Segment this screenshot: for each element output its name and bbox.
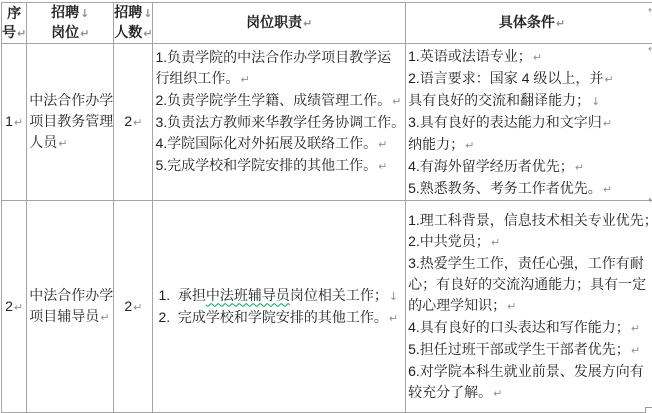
paragraph-return-mark-icon: ↵ — [575, 161, 584, 174]
header-conditions[interactable]: 具体条件↵ — [406, 3, 652, 44]
text-line: 岗位↵ — [27, 23, 113, 43]
text-line: 岗位职责↵ — [153, 13, 405, 33]
text-line: 的心理学知识；↵ — [408, 295, 652, 317]
text-line: 2.语言要求：国家 4 级以上，并↵ — [408, 68, 652, 90]
cell-row1-seq[interactable]: 1↵ — [2, 44, 27, 201]
text-segment: 4.有海外留学经历者优先； — [408, 158, 574, 174]
cell-row1-position[interactable]: 中法合作办学项目教务管理人员↵ — [27, 44, 114, 201]
end-of-row-mark-icon: ↵ — [648, 45, 652, 55]
text-segment: 1.理工科背景，信息技术相关专业优先； — [408, 212, 652, 228]
text-segment: 6.对学院本科生就业前景、发展方向有 — [408, 363, 644, 379]
paragraph-return-mark-icon: ↵ — [631, 322, 640, 335]
cell-row2-seq[interactable]: 2↵ — [2, 201, 27, 413]
paragraph-return-mark-icon: ↵ — [80, 27, 89, 40]
text-line: 1.负责学院的中法合作办学项目教学运 — [155, 47, 405, 68]
text-line: 中法合作办学 — [29, 285, 113, 306]
text-line: 号↵ — [2, 23, 26, 43]
header-position[interactable]: 招聘↓岗位↵ — [27, 3, 114, 44]
text-segment: 2. 完成学校和学院安排的其他工作。 — [158, 309, 387, 325]
text-line: 2.中共党员；↵ — [408, 231, 652, 253]
table-header-row: 序号↵ 招聘↓岗位↵ 招聘↓人数↵ 岗位职责↵ 具体条件↵ — [2, 3, 652, 44]
text-segment: 项目辅导员 — [29, 308, 99, 324]
paragraph-return-mark-icon: ↵ — [14, 116, 23, 129]
text-segment: 5.担任过班干部或学生干部者优先； — [408, 341, 630, 357]
text-line: 5.完成学校和学院安排的其他工作。↵ — [155, 155, 405, 177]
text-line: 较充分了解。↵ — [408, 382, 652, 404]
cell-row1-headcount[interactable]: 2↵ — [114, 44, 153, 201]
text-segment: 1. 承担 — [158, 287, 205, 303]
text-line: 具有良好的交流和翻译能力；↓ — [408, 90, 652, 112]
paragraph-return-mark-icon: ↵ — [491, 236, 500, 249]
paragraph-return-mark-icon: ↵ — [58, 137, 67, 150]
text-segment: 项目教务管理 — [29, 113, 113, 129]
text-segment: 2.语言要求：国家 4 级以上，并 — [408, 70, 603, 86]
paragraph-return-mark-icon: ↵ — [240, 73, 249, 86]
text-segment: 序 — [7, 5, 21, 21]
text-segment: 3.热爱学生工作，责任心强，工作有耐 — [408, 255, 644, 271]
text-segment: 1.英语或法语专业； — [408, 48, 532, 64]
text-segment: 5.熟悉教务、考务工作者优先。 — [408, 180, 602, 196]
table-row: 2↵ 中法合作办学项目辅导员↵ 2↵ 1. 承担中法班辅导员岗位相关工作；↓2.… — [2, 201, 652, 413]
text-segment: 行组织工作。 — [155, 70, 239, 86]
text-line: 行组织工作。↵ — [155, 68, 405, 90]
text-segment: 具体条件 — [499, 14, 555, 30]
text-segment: 岗位 — [51, 24, 79, 40]
paragraph-return-mark-icon: ↵ — [378, 160, 387, 173]
text-segment: 人数 — [114, 24, 142, 40]
text-line: 4.学院国际化对外拓展及联络工作。↵ — [155, 133, 405, 155]
text-line: 2↵ — [114, 296, 152, 318]
text-segment: 2 — [5, 298, 13, 314]
text-segment: 中法合作办学 — [29, 287, 113, 303]
text-segment: 4.具有良好的口头表达和写作能力； — [408, 319, 630, 335]
text-segment: 中法合作办学 — [29, 92, 113, 108]
paragraph-return-mark-icon: ↵ — [507, 300, 516, 313]
text-line: 3.负责法方教师来华教学任务协调工作。 — [155, 112, 405, 133]
recruitment-table: 序号↵ 招聘↓岗位↵ 招聘↓人数↵ 岗位职责↵ 具体条件↵ 1↵ 中法合作办学项… — [1, 2, 652, 413]
paragraph-return-mark-icon: ↵ — [378, 138, 387, 151]
text-segment: 2.中共党员； — [408, 233, 490, 249]
text-segment: 2 — [124, 298, 132, 314]
text-line: 招聘↓ — [27, 3, 113, 23]
text-line: 3.热爱学生工作，责任心强，工作有耐 — [408, 253, 652, 274]
text-line: 2. 完成学校和学院安排的其他工作。↵ — [158, 307, 405, 329]
text-segment: 3.负责法方教师来华教学任务协调工作。 — [155, 114, 405, 130]
text-segment: 心；有良好的交流沟通能力；具有一定 — [408, 276, 646, 292]
paragraph-return-mark-icon: ↵ — [14, 301, 23, 314]
text-line: 项目教务管理 — [29, 111, 113, 132]
header-duties[interactable]: 岗位职责↵ — [153, 3, 406, 44]
text-line: 6.对学院本科生就业前景、发展方向有 — [408, 361, 652, 382]
text-segment: 1.负责学院的中法合作办学项目教学运 — [155, 49, 391, 65]
table-resize-handle-icon[interactable] — [645, 407, 652, 413]
end-of-row-mark-icon: ↵ — [648, 6, 652, 16]
text-line: 2↵ — [114, 111, 152, 133]
text-segment: 3.具有良好的表达能力和文字归 — [408, 114, 602, 130]
line-break-mark-icon: ↓ — [143, 7, 152, 20]
paragraph-return-mark-icon: ↵ — [133, 301, 142, 314]
paragraph-return-mark-icon: ↵ — [533, 51, 542, 64]
text-segment: 5.完成学校和学院安排的其他工作。 — [155, 157, 377, 173]
text-line: 纳能力；↵ — [408, 134, 652, 156]
word-document-page: { "colors": { "border": "#a5a5a5", "text… — [0, 0, 652, 413]
text-line: 5.熟悉教务、考务工作者优先。↵ — [408, 178, 652, 200]
text-line: 2↵ — [2, 296, 26, 318]
text-line: 1↵ — [2, 111, 26, 133]
paragraph-return-mark-icon: ↵ — [603, 117, 612, 130]
text-line: 4.具有良好的口头表达和写作能力；↵ — [408, 317, 652, 339]
text-line: 人数↵ — [114, 23, 152, 43]
text-segment: 具有良好的交流和翻译能力； — [408, 92, 590, 108]
text-line: 中法合作办学 — [29, 90, 113, 111]
text-segment: 招聘 — [51, 4, 79, 20]
text-line: 1. 承担中法班辅导员岗位相关工作；↓ — [158, 285, 405, 307]
text-line: 1.理工科背景，信息技术相关专业优先； — [408, 210, 652, 231]
paragraph-return-mark-icon: ↵ — [303, 17, 312, 30]
cell-row2-conditions[interactable]: 1.理工科背景，信息技术相关专业优先；2.中共党员；↵3.热爱学生工作，责任心强… — [406, 201, 652, 413]
text-segment: 号 — [2, 24, 16, 40]
table-row: 1↵ 中法合作办学项目教务管理人员↵ 2↵ 1.负责学院的中法合作办学项目教学运… — [2, 44, 652, 201]
text-line: 具体条件↵ — [406, 13, 652, 33]
cell-row2-position[interactable]: 中法合作办学项目辅导员↵ — [27, 201, 114, 413]
line-break-mark-icon: ↓ — [389, 290, 398, 303]
text-segment: 较充分了解。 — [408, 384, 492, 400]
text-line: 心；有良好的交流沟通能力；具有一定 — [408, 274, 652, 295]
paragraph-return-mark-icon: ↵ — [389, 312, 398, 325]
text-segment: 2.负责学院学生学籍、成绩管理工作。 — [155, 92, 391, 108]
spellcheck-squiggle-text: 中法班辅导员 — [206, 287, 290, 303]
text-line: 4.有海外留学经历者优先；↵ — [408, 156, 652, 178]
paragraph-return-mark-icon: ↵ — [392, 95, 401, 108]
text-line: 项目辅导员↵ — [29, 306, 113, 328]
header-headcount[interactable]: 招聘↓人数↵ — [114, 3, 153, 44]
text-segment: 岗位相关工作； — [290, 287, 388, 303]
text-segment: 招聘 — [114, 4, 142, 20]
text-segment: 人员 — [29, 134, 57, 150]
paragraph-return-mark-icon: ↵ — [143, 27, 152, 40]
text-segment: 2 — [124, 113, 132, 129]
text-line: 序 — [2, 4, 26, 23]
paragraph-return-mark-icon: ↵ — [493, 387, 502, 400]
end-of-row-mark-icon: ↵ — [648, 196, 652, 206]
paragraph-return-mark-icon: ↵ — [100, 311, 109, 324]
line-break-mark-icon: ↓ — [591, 95, 600, 108]
cell-row2-duties[interactable]: 1. 承担中法班辅导员岗位相关工作；↓2. 完成学校和学院安排的其他工作。↵ — [153, 201, 406, 413]
paragraph-return-mark-icon: ↵ — [17, 27, 26, 40]
text-segment: 岗位职责 — [246, 14, 302, 30]
text-line: 招聘↓ — [114, 3, 152, 23]
paragraph-return-mark-icon: ↵ — [604, 73, 613, 86]
text-line: 3.具有良好的表达能力和文字归↵ — [408, 112, 652, 134]
paragraph-return-mark-icon: ↵ — [133, 116, 142, 129]
text-line: 5.担任过班干部或学生干部者优先；↵ — [408, 339, 652, 361]
paragraph-return-mark-icon: ↵ — [465, 139, 474, 152]
text-segment: 纳能力； — [408, 136, 464, 152]
text-segment: 的心理学知识； — [408, 297, 506, 313]
text-segment: 4.学院国际化对外拓展及联络工作。 — [155, 135, 377, 151]
text-line: 1.英语或法语专业；↵ — [408, 46, 652, 68]
cell-row1-conditions[interactable]: 1.英语或法语专业；↵2.语言要求：国家 4 级以上，并↵具有良好的交流和翻译能… — [406, 44, 652, 201]
cell-row2-headcount[interactable]: 2↵ — [114, 201, 153, 413]
text-line: 2.负责学院学生学籍、成绩管理工作。↵ — [155, 90, 405, 112]
paragraph-return-mark-icon: ↵ — [631, 344, 640, 357]
line-break-mark-icon: ↓ — [80, 7, 89, 20]
cell-row1-duties[interactable]: 1.负责学院的中法合作办学项目教学运行组织工作。↵2.负责学院学生学籍、成绩管理… — [153, 44, 406, 201]
text-segment: 1 — [5, 113, 13, 129]
text-line: 人员↵ — [29, 132, 113, 154]
paragraph-return-mark-icon: ↵ — [603, 183, 612, 196]
paragraph-return-mark-icon: ↵ — [556, 17, 565, 30]
header-seq[interactable]: 序号↵ — [2, 3, 27, 44]
